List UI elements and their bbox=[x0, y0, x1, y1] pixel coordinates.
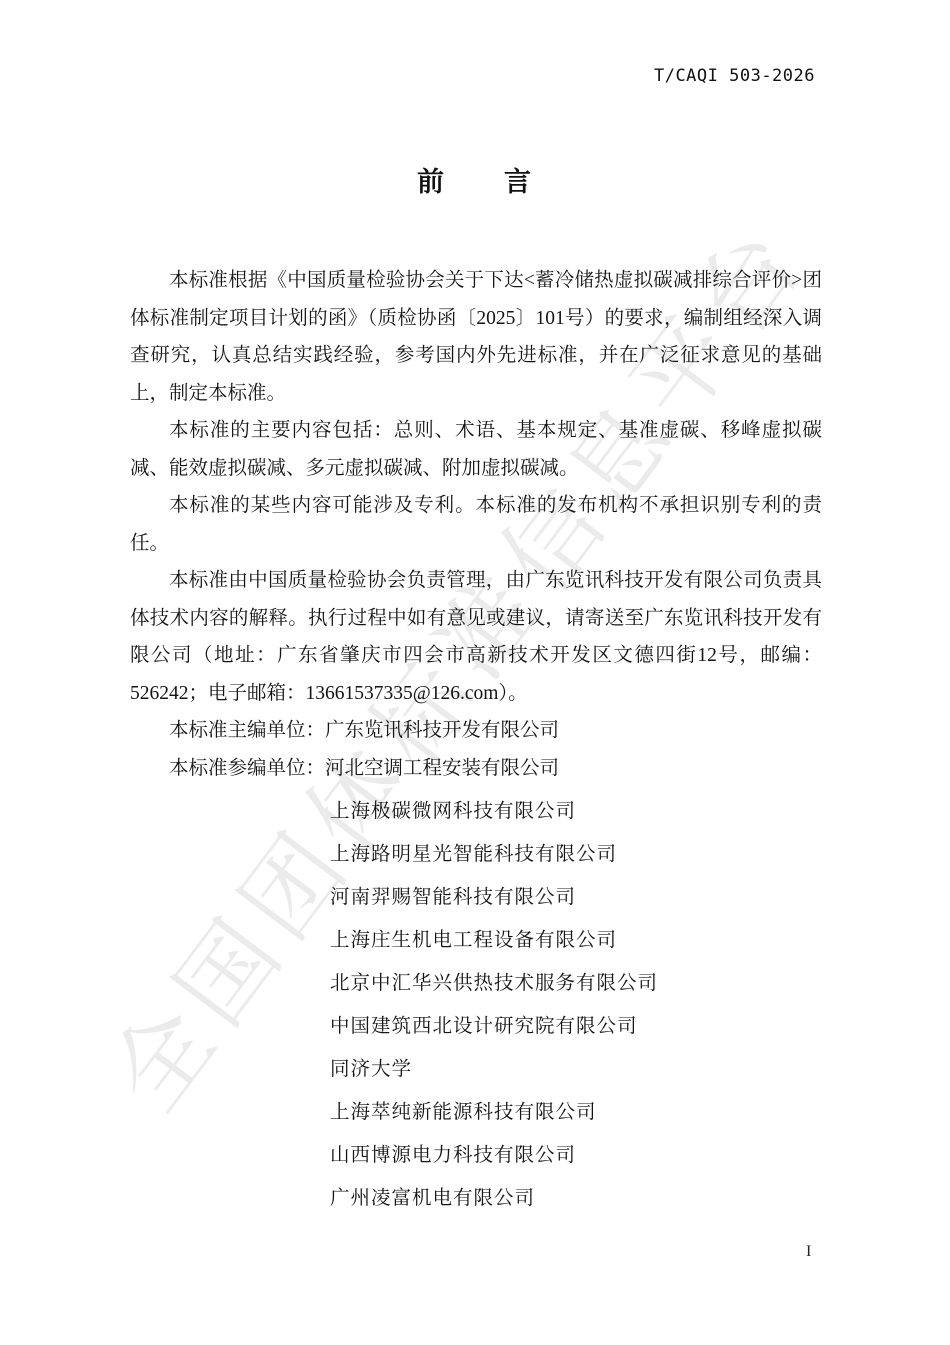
participant-unit: 上海路明星光智能科技有限公司 bbox=[330, 833, 822, 876]
doc-code: T/CAQI 503-2026 bbox=[654, 66, 815, 86]
chief-editor-line: 本标准主编单位：广东览讯科技开发有限公司 bbox=[130, 712, 822, 750]
participant-unit: 上海萃纯新能源科技有限公司 bbox=[330, 1091, 822, 1134]
foreword-body: 本标准根据《中国质量检验协会关于下达<蓄冷储热虚拟碳减排综合评价>团体标准制定项… bbox=[130, 262, 822, 1220]
co-editor-line: 本标准参编单位：河北空调工程安装有限公司 bbox=[130, 750, 822, 788]
participant-unit: 同济大学 bbox=[330, 1048, 822, 1091]
participant-unit: 河南羿赐智能科技有限公司 bbox=[330, 876, 822, 919]
participant-unit: 上海庄生机电工程设备有限公司 bbox=[330, 919, 822, 962]
foreword-paragraph: 本标准的某些内容可能涉及专利。本标准的发布机构不承担识别专利的责任。 bbox=[130, 487, 822, 562]
foreword-paragraph: 本标准的主要内容包括：总则、术语、基本规定、基准虚碳、移峰虚拟碳减、能效虚拟碳减… bbox=[130, 412, 822, 487]
participant-unit: 山西博源电力科技有限公司 bbox=[330, 1134, 822, 1177]
document-page: 全国团体标准信息平台 T/CAQI 503-2026 前 言 本标准根据《中国质… bbox=[0, 0, 950, 1345]
participants-list: 上海极碳微网科技有限公司上海路明星光智能科技有限公司河南羿赐智能科技有限公司上海… bbox=[330, 790, 822, 1220]
participant-unit: 上海极碳微网科技有限公司 bbox=[330, 790, 822, 833]
foreword-paragraph: 本标准根据《中国质量检验协会关于下达<蓄冷储热虚拟碳减排综合评价>团体标准制定项… bbox=[130, 262, 822, 412]
participant-unit: 中国建筑西北设计研究院有限公司 bbox=[330, 1005, 822, 1048]
participant-unit: 北京中汇华兴供热技术服务有限公司 bbox=[330, 962, 822, 1005]
page-title: 前 言 bbox=[0, 160, 950, 199]
foreword-paragraph: 本标准由中国质量检验协会负责管理，由广东览讯科技开发有限公司负责具体技术内容的解… bbox=[130, 562, 822, 712]
page-number: I bbox=[806, 1243, 811, 1261]
participant-unit: 广州凌富机电有限公司 bbox=[330, 1177, 822, 1220]
